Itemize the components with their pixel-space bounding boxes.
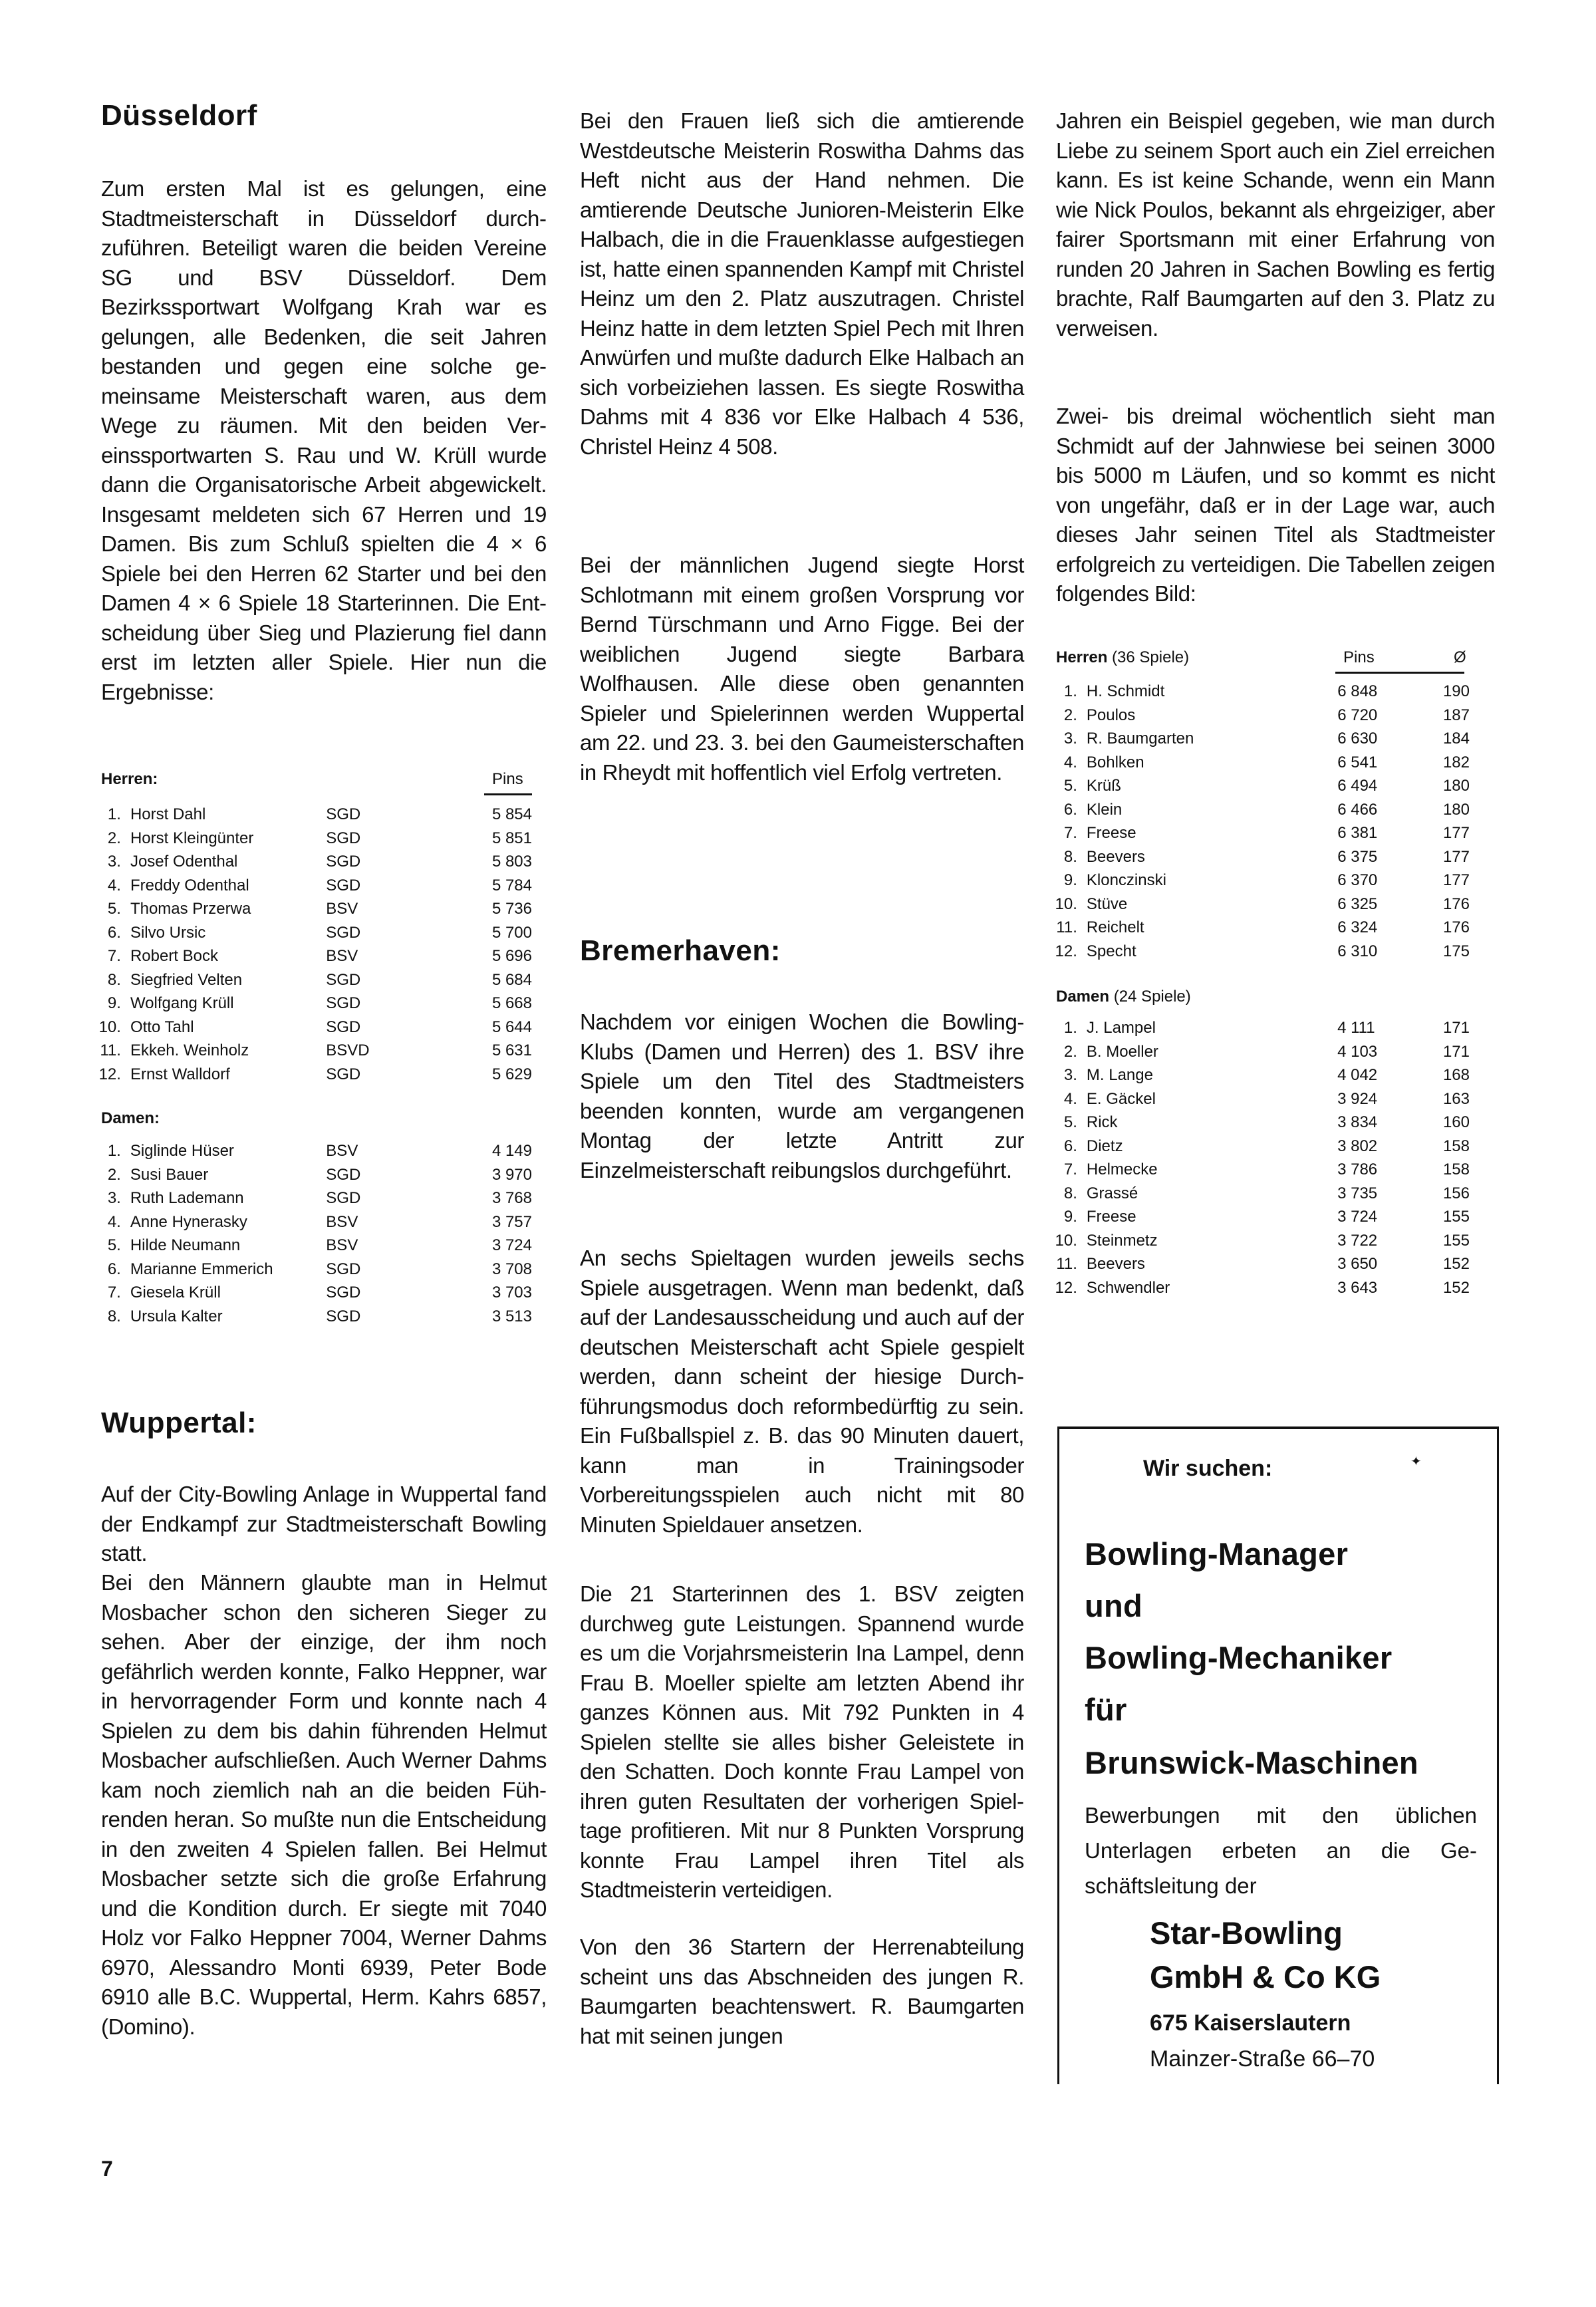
- ad-conjunction: und: [1085, 1587, 1142, 1624]
- cell-name: B. Moeller: [1087, 1040, 1337, 1064]
- cell-rank: 2.: [1049, 1040, 1087, 1064]
- job-advertisement: Wir suchen: ✦ Bowling-Manager und Bowlin…: [1057, 1426, 1499, 2084]
- cell-name: Silvo Ursic: [130, 921, 326, 945]
- ad-company-form: GmbH & Co KG: [1150, 1959, 1381, 1995]
- cell-rank: 9.: [1049, 869, 1087, 892]
- cell-club: SGD: [326, 1186, 425, 1210]
- cell-avg: 182: [1391, 751, 1470, 775]
- table-row: 9.Klonczinski6 370177: [1049, 869, 1470, 892]
- cell-name: Marianne Emmerich: [130, 1258, 326, 1282]
- cell-rank: 1.: [1049, 680, 1087, 704]
- table-row: 1.J. Lampel4 111171: [1049, 1016, 1470, 1040]
- table-row: 10.Otto TahlSGD5 644: [93, 1016, 532, 1039]
- cell-rank: 2.: [93, 827, 130, 851]
- cell-rank: 7.: [93, 1281, 130, 1305]
- ad-company-name: Star-Bowling: [1150, 1915, 1343, 1951]
- cell-club: BSV: [326, 1139, 425, 1163]
- cell-pins: 6 848: [1337, 680, 1391, 704]
- table-row: 5.Hilde NeumannBSV3 724: [93, 1234, 532, 1258]
- cell-pins: 5 851: [426, 827, 532, 851]
- cell-avg: 171: [1391, 1040, 1470, 1064]
- table-row: 7.Helmecke3 786158: [1049, 1158, 1470, 1182]
- cell-name: Hilde Neumann: [130, 1234, 326, 1258]
- cell-rank: 1.: [1049, 1016, 1087, 1040]
- ad-street: Mainzer-Straße 66–70: [1150, 2046, 1375, 2072]
- ad-heading: Wir suchen:: [1143, 1456, 1272, 1482]
- cell-avg: 180: [1391, 798, 1470, 822]
- cell-pins: 4 149: [426, 1139, 532, 1163]
- cell-name: Ekkeh. Weinholz: [130, 1039, 326, 1063]
- table-row: 4.Bohlken6 541182: [1049, 751, 1470, 775]
- duesseldorf-herren-label: Herren:: [101, 770, 158, 789]
- cell-name: Poulos: [1087, 704, 1337, 728]
- table-row: 5.Krüß6 494180: [1049, 774, 1470, 798]
- cell-pins: 5 644: [426, 1016, 532, 1039]
- cell-name: Klonczinski: [1087, 869, 1337, 892]
- ink-mark: ✦: [1410, 1453, 1422, 1470]
- cell-pins: 4 103: [1337, 1040, 1391, 1064]
- table-row: 4.Anne HyneraskyBSV3 757: [93, 1210, 532, 1234]
- cell-pins: 5 803: [426, 850, 532, 874]
- cell-name: Thomas Przerwa: [130, 897, 326, 921]
- cell-rank: 2.: [1049, 704, 1087, 728]
- wuppertal-paragraph-2: Bei den Männern glaubte man in Helmut Mo…: [101, 1568, 547, 2042]
- cell-rank: 6.: [1049, 798, 1087, 822]
- cell-name: J. Lampel: [1087, 1016, 1337, 1040]
- cell-rank: 3.: [1049, 727, 1087, 751]
- cell-rank: 6.: [1049, 1135, 1087, 1158]
- cell-name: Siglinde Hüser: [130, 1139, 326, 1163]
- cell-club: SGD: [326, 874, 425, 898]
- cell-rank: 10.: [1049, 892, 1087, 916]
- cell-name: Anne Hynerasky: [130, 1210, 326, 1234]
- bremerhaven-pins-header: Pins: [1343, 648, 1375, 667]
- cell-avg: 155: [1391, 1205, 1470, 1229]
- cell-rank: 5.: [1049, 774, 1087, 798]
- ad-city: 675 Kaiserslautern: [1150, 2010, 1351, 2036]
- cell-name: Rick: [1087, 1111, 1337, 1135]
- cell-rank: 6.: [93, 1258, 130, 1282]
- cell-rank: 1.: [93, 1139, 130, 1163]
- cell-club: SGD: [326, 850, 425, 874]
- cell-name: Helmecke: [1087, 1158, 1337, 1182]
- cell-pins: 4 042: [1337, 1063, 1391, 1087]
- cell-name: Dietz: [1087, 1135, 1337, 1158]
- cell-name: Krüß: [1087, 774, 1337, 798]
- ad-application-text: Bewerbungen mit den üblichen Unterlagen …: [1085, 1798, 1477, 1903]
- ad-machines: Brunswick-Maschinen: [1085, 1744, 1418, 1781]
- cell-avg: 160: [1391, 1111, 1470, 1135]
- table-row: 6.Dietz3 802158: [1049, 1135, 1470, 1158]
- duesseldorf-damen-table: 1.Siglinde HüserBSV4 1492.Susi BauerSGD3…: [93, 1139, 532, 1328]
- bremerhaven-herren-table: 1.H. Schmidt6 8481902.Poulos6 7201873.R.…: [1049, 680, 1470, 963]
- ad-for: für: [1085, 1691, 1127, 1728]
- cell-rank: 5.: [1049, 1111, 1087, 1135]
- table-row: 2.Horst KleingünterSGD5 851: [93, 827, 532, 851]
- cell-pins: 6 325: [1337, 892, 1391, 916]
- cell-avg: 168: [1391, 1063, 1470, 1087]
- cell-club: BSV: [326, 1210, 425, 1234]
- duesseldorf-herren-table: 1.Horst DahlSGD5 8542.Horst KleingünterS…: [93, 803, 532, 1086]
- table-row: 1.Horst DahlSGD5 854: [93, 803, 532, 827]
- cell-pins: 5 736: [426, 897, 532, 921]
- cell-pins: 5 668: [426, 992, 532, 1016]
- cell-pins: 5 854: [426, 803, 532, 827]
- cell-avg: 177: [1391, 869, 1470, 892]
- cell-name: Wolfgang Krüll: [130, 992, 326, 1016]
- table-row: 5.Thomas PrzerwaBSV5 736: [93, 897, 532, 921]
- cell-name: R. Baumgarten: [1087, 727, 1337, 751]
- cell-name: Grassé: [1087, 1182, 1337, 1206]
- cell-rank: 5.: [93, 1234, 130, 1258]
- pins-header-underline: [484, 793, 532, 795]
- bremerhaven-damen-table: 1.J. Lampel4 1111712.B. Moeller4 1031713…: [1049, 1016, 1470, 1299]
- wuppertal-paragraph-3: Bei den Frauen ließ sich die amtierende …: [580, 106, 1024, 462]
- table-row: 9.Freese3 724155: [1049, 1205, 1470, 1229]
- cell-name: Freese: [1087, 821, 1337, 845]
- cell-rank: 7.: [1049, 1158, 1087, 1182]
- cell-club: BSV: [326, 944, 425, 968]
- cell-name: M. Lange: [1087, 1063, 1337, 1087]
- cell-club: SGD: [326, 827, 425, 851]
- cell-club: BSV: [326, 1234, 425, 1258]
- ad-position-2: Bowling-Mechaniker: [1085, 1639, 1392, 1676]
- cell-pins: 5 684: [426, 968, 532, 992]
- cell-pins: 3 643: [1337, 1276, 1391, 1300]
- cell-name: Josef Odenthal: [130, 850, 326, 874]
- cell-avg: 177: [1391, 821, 1470, 845]
- cell-pins: 3 703: [426, 1281, 532, 1305]
- cell-name: Klein: [1087, 798, 1337, 822]
- cell-pins: 6 375: [1337, 845, 1391, 869]
- table-row: 3.R. Baumgarten6 630184: [1049, 727, 1470, 751]
- cell-pins: 6 310: [1337, 940, 1391, 964]
- cell-name: Robert Bock: [130, 944, 326, 968]
- cell-pins: 5 784: [426, 874, 532, 898]
- cell-name: Steinmetz: [1087, 1229, 1337, 1253]
- cell-name: Schwendler: [1087, 1276, 1337, 1300]
- cell-rank: 11.: [1049, 1252, 1087, 1276]
- bremerhaven-herren-label: Herren (36 Spiele): [1056, 648, 1189, 667]
- table-row: 3.Ruth LademannSGD3 768: [93, 1186, 532, 1210]
- cell-avg: 152: [1391, 1252, 1470, 1276]
- cell-rank: 11.: [93, 1039, 130, 1063]
- cell-rank: 3.: [93, 1186, 130, 1210]
- cell-avg: 175: [1391, 940, 1470, 964]
- table-row: 12.Specht6 310175: [1049, 940, 1470, 964]
- cell-club: SGD: [326, 1305, 425, 1329]
- cell-name: Susi Bauer: [130, 1163, 326, 1187]
- table-row: 7.Freese6 381177: [1049, 821, 1470, 845]
- cell-pins: 3 757: [426, 1210, 532, 1234]
- duesseldorf-paragraph: Zum ersten Mal ist es gelungen, eine Sta…: [101, 174, 547, 707]
- cell-rank: 7.: [93, 944, 130, 968]
- cell-avg: 158: [1391, 1135, 1470, 1158]
- cell-club: SGD: [326, 968, 425, 992]
- pins-avg-header-underline: [1335, 672, 1464, 674]
- table-row: 2.B. Moeller4 103171: [1049, 1040, 1470, 1064]
- bremerhaven-paragraph-5: Jahren ein Beispiel gegeben, wie man dur…: [1056, 106, 1495, 343]
- cell-rank: 2.: [93, 1163, 130, 1187]
- cell-name: Ernst Walldorf: [130, 1063, 326, 1087]
- cell-name: Stüve: [1087, 892, 1337, 916]
- cell-club: SGD: [326, 1063, 425, 1087]
- table-row: 2.Susi BauerSGD3 970: [93, 1163, 532, 1187]
- cell-club: SGD: [326, 1016, 425, 1039]
- section-title-duesseldorf: Düsseldorf: [101, 101, 257, 130]
- cell-name: Specht: [1087, 940, 1337, 964]
- cell-rank: 12.: [1049, 940, 1087, 964]
- cell-pins: 6 494: [1337, 774, 1391, 798]
- table-row: 3.M. Lange4 042168: [1049, 1063, 1470, 1087]
- bremerhaven-damen-label: Damen (24 Spiele): [1056, 988, 1191, 1006]
- table-row: 11.Ekkeh. WeinholzBSVD5 631: [93, 1039, 532, 1063]
- cell-name: Siegfried Velten: [130, 968, 326, 992]
- cell-rank: 6.: [93, 921, 130, 945]
- cell-rank: 10.: [1049, 1229, 1087, 1253]
- table-row: 9.Wolfgang KrüllSGD5 668: [93, 992, 532, 1016]
- cell-pins: 5 700: [426, 921, 532, 945]
- cell-pins: 3 834: [1337, 1111, 1391, 1135]
- cell-pins: 3 708: [426, 1258, 532, 1282]
- cell-pins: 6 630: [1337, 727, 1391, 751]
- bremerhaven-paragraph-6: Zwei- bis dreimal wöchentlich sieht man …: [1056, 402, 1495, 609]
- cell-pins: 3 786: [1337, 1158, 1391, 1182]
- cell-name: Ruth Lademann: [130, 1186, 326, 1210]
- cell-pins: 3 650: [1337, 1252, 1391, 1276]
- cell-avg: 184: [1391, 727, 1470, 751]
- table-row: 10.Steinmetz3 722155: [1049, 1229, 1470, 1253]
- cell-pins: 3 924: [1337, 1087, 1391, 1111]
- cell-club: SGD: [326, 1258, 425, 1282]
- cell-rank: 12.: [93, 1063, 130, 1087]
- cell-pins: 5 631: [426, 1039, 532, 1063]
- table-row: 1.Siglinde HüserBSV4 149: [93, 1139, 532, 1163]
- cell-club: BSV: [326, 897, 425, 921]
- cell-name: Reichelt: [1087, 916, 1337, 940]
- cell-avg: 163: [1391, 1087, 1470, 1111]
- cell-rank: 8.: [93, 1305, 130, 1329]
- cell-club: SGD: [326, 803, 425, 827]
- cell-name: H. Schmidt: [1087, 680, 1337, 704]
- cell-avg: 156: [1391, 1182, 1470, 1206]
- cell-avg: 152: [1391, 1276, 1470, 1300]
- cell-pins: 5 629: [426, 1063, 532, 1087]
- section-title-wuppertal: Wuppertal:: [101, 1409, 257, 1438]
- cell-name: E. Gäckel: [1087, 1087, 1337, 1111]
- bremerhaven-paragraph-4: Von den 36 Startern der Herrenabtei­lung…: [580, 1933, 1024, 2051]
- table-row: 11.Reichelt6 324176: [1049, 916, 1470, 940]
- table-row: 1.H. Schmidt6 848190: [1049, 680, 1470, 704]
- cell-pins: 3 802: [1337, 1135, 1391, 1158]
- cell-rank: 3.: [1049, 1063, 1087, 1087]
- cell-name: Giesela Krüll: [130, 1281, 326, 1305]
- cell-pins: 5 696: [426, 944, 532, 968]
- cell-name: Bohlken: [1087, 751, 1337, 775]
- table-row: 4.E. Gäckel3 924163: [1049, 1087, 1470, 1111]
- cell-rank: 9.: [1049, 1205, 1087, 1229]
- table-row: 12.Ernst WalldorfSGD5 629: [93, 1063, 532, 1087]
- cell-name: Freddy Odenthal: [130, 874, 326, 898]
- cell-rank: 8.: [1049, 1182, 1087, 1206]
- cell-pins: 6 324: [1337, 916, 1391, 940]
- cell-name: Horst Dahl: [130, 803, 326, 827]
- table-row: 8.Siegfried VeltenSGD5 684: [93, 968, 532, 992]
- cell-rank: 5.: [93, 897, 130, 921]
- cell-club: SGD: [326, 1281, 425, 1305]
- cell-name: Beevers: [1087, 845, 1337, 869]
- cell-pins: 3 724: [426, 1234, 532, 1258]
- cell-pins: 6 541: [1337, 751, 1391, 775]
- cell-rank: 4.: [93, 874, 130, 898]
- cell-rank: 3.: [93, 850, 130, 874]
- table-row: 6.Silvo UrsicSGD5 700: [93, 921, 532, 945]
- cell-avg: 171: [1391, 1016, 1470, 1040]
- cell-club: SGD: [326, 992, 425, 1016]
- duesseldorf-damen-label: Damen:: [101, 1109, 160, 1128]
- table-row: 11.Beevers3 650152: [1049, 1252, 1470, 1276]
- table-row: 8.Ursula KalterSGD3 513: [93, 1305, 532, 1329]
- cell-club: SGD: [326, 921, 425, 945]
- page-number: 7: [101, 2157, 113, 2181]
- table-row: 4.Freddy OdenthalSGD5 784: [93, 874, 532, 898]
- table-row: 10.Stüve6 325176: [1049, 892, 1470, 916]
- cell-rank: 9.: [93, 992, 130, 1016]
- table-row: 8.Beevers6 375177: [1049, 845, 1470, 869]
- table-row: 12.Schwendler3 643152: [1049, 1276, 1470, 1300]
- duesseldorf-pins-header: Pins: [492, 770, 523, 789]
- cell-rank: 1.: [93, 803, 130, 827]
- cell-name: Freese: [1087, 1205, 1337, 1229]
- cell-rank: 4.: [93, 1210, 130, 1234]
- bremerhaven-paragraph-1: Nachdem vor einigen Wochen die Bow­ling-…: [580, 1008, 1024, 1185]
- cell-club: SGD: [326, 1163, 425, 1187]
- table-row: 6.Marianne EmmerichSGD3 708: [93, 1258, 532, 1282]
- table-row: 7.Robert BockBSV5 696: [93, 944, 532, 968]
- cell-pins: 6 381: [1337, 821, 1391, 845]
- cell-pins: 3 735: [1337, 1182, 1391, 1206]
- cell-pins: 6 370: [1337, 869, 1391, 892]
- cell-avg: 176: [1391, 916, 1470, 940]
- cell-pins: 3 722: [1337, 1229, 1391, 1253]
- cell-name: Ursula Kalter: [130, 1305, 326, 1329]
- cell-pins: 6 720: [1337, 704, 1391, 728]
- cell-name: Otto Tahl: [130, 1016, 326, 1039]
- cell-avg: 158: [1391, 1158, 1470, 1182]
- cell-avg: 187: [1391, 704, 1470, 728]
- bremerhaven-paragraph-2: An sechs Spieltagen wurden jeweils sechs…: [580, 1244, 1024, 1540]
- cell-rank: 12.: [1049, 1276, 1087, 1300]
- cell-rank: 8.: [1049, 845, 1087, 869]
- table-row: 8.Grassé3 735156: [1049, 1182, 1470, 1206]
- cell-pins: 4 111: [1337, 1016, 1391, 1040]
- cell-rank: 7.: [1049, 821, 1087, 845]
- cell-name: Beevers: [1087, 1252, 1337, 1276]
- cell-rank: 4.: [1049, 1087, 1087, 1111]
- bremerhaven-avg-header: Ø: [1454, 648, 1466, 667]
- section-title-bremerhaven: Bremerhaven:: [580, 936, 781, 966]
- table-row: 5.Rick3 834160: [1049, 1111, 1470, 1135]
- wuppertal-paragraph-4: Bei der männlichen Jugend siegte Horst S…: [580, 551, 1024, 787]
- cell-rank: 4.: [1049, 751, 1087, 775]
- cell-rank: 10.: [93, 1016, 130, 1039]
- cell-club: BSVD: [326, 1039, 425, 1063]
- table-row: 2.Poulos6 720187: [1049, 704, 1470, 728]
- table-row: 7.Giesela KrüllSGD3 703: [93, 1281, 532, 1305]
- cell-avg: 155: [1391, 1229, 1470, 1253]
- cell-avg: 180: [1391, 774, 1470, 798]
- bremerhaven-paragraph-3: Die 21 Starterinnen des 1. BSV zeigten d…: [580, 1579, 1024, 1905]
- cell-pins: 3 724: [1337, 1205, 1391, 1229]
- cell-pins: 6 466: [1337, 798, 1391, 822]
- wuppertal-paragraph-1: Auf der City-Bowling Anlage in Wup­perta…: [101, 1480, 547, 1569]
- cell-avg: 176: [1391, 892, 1470, 916]
- cell-avg: 177: [1391, 845, 1470, 869]
- cell-pins: 3 513: [426, 1305, 532, 1329]
- cell-avg: 190: [1391, 680, 1470, 704]
- cell-pins: 3 768: [426, 1186, 532, 1210]
- cell-name: Horst Kleingünter: [130, 827, 326, 851]
- table-row: 3.Josef OdenthalSGD5 803: [93, 850, 532, 874]
- table-row: 6.Klein6 466180: [1049, 798, 1470, 822]
- cell-rank: 8.: [93, 968, 130, 992]
- cell-pins: 3 970: [426, 1163, 532, 1187]
- cell-rank: 11.: [1049, 916, 1087, 940]
- ad-position-1: Bowling-Manager: [1085, 1536, 1348, 1572]
